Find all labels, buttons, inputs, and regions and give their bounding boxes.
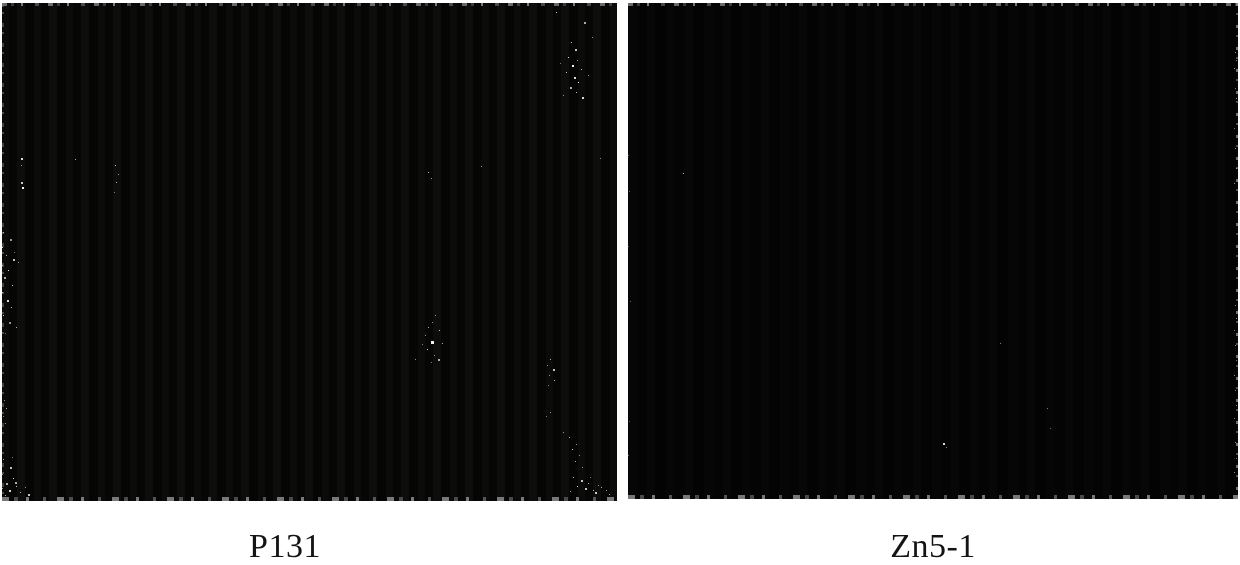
panel-caption-zn5-1: Zn5-1: [833, 528, 1033, 565]
figure-two-panel-photos: P131 Zn5-1: [0, 0, 1240, 565]
speckle-noise-layer: [628, 3, 1238, 499]
micrograph-panel-zn5-1: [628, 3, 1238, 499]
panel-caption-p131: P131: [185, 528, 385, 565]
speckle-noise-layer: [2, 3, 617, 501]
ragged-edge-bottom: [2, 497, 617, 501]
ragged-edge-bottom: [628, 495, 1238, 499]
micrograph-panel-p131: [2, 3, 617, 501]
